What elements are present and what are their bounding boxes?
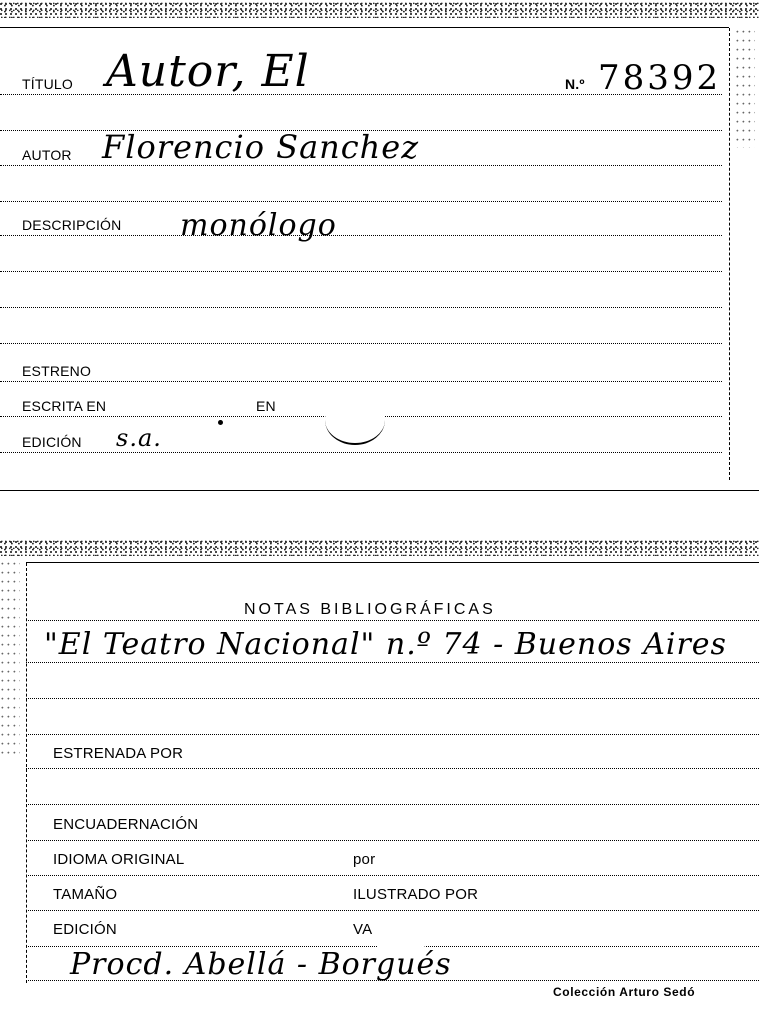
numero-value: 78392 bbox=[598, 58, 721, 98]
rule bbox=[26, 734, 759, 735]
card-right-edge bbox=[729, 28, 731, 480]
edicion-value: s.a. bbox=[116, 424, 162, 452]
rule bbox=[26, 980, 759, 981]
va-label: VA bbox=[353, 921, 372, 938]
scan-noise-top bbox=[0, 540, 759, 556]
notas-value: "El Teatro Nacional" n.º 74 - Buenos Air… bbox=[44, 627, 727, 662]
rule bbox=[26, 910, 759, 911]
redaction-mark bbox=[372, 915, 430, 955]
card-top-edge bbox=[0, 27, 729, 28]
rule bbox=[26, 875, 759, 876]
descripcion-value: monólogo bbox=[180, 208, 337, 243]
ilustrado-por-label: ILUSTRADO POR bbox=[353, 886, 478, 903]
por-label: por bbox=[353, 851, 375, 868]
estreno-label: ESTRENO bbox=[22, 363, 91, 379]
autor-value: Florencio Sanchez bbox=[102, 128, 419, 166]
edicion-label: EDICIÓN bbox=[22, 434, 82, 450]
rule bbox=[26, 620, 759, 621]
card-left-edge bbox=[26, 563, 28, 983]
idioma-original-label: IDIOMA ORIGINAL bbox=[53, 851, 184, 868]
rule bbox=[0, 271, 722, 272]
edicion-label: EDICIÓN bbox=[53, 921, 117, 938]
rule bbox=[0, 381, 722, 382]
scan-noise-left bbox=[0, 560, 20, 760]
scan-noise-top bbox=[0, 2, 759, 18]
rule bbox=[0, 307, 722, 308]
rule bbox=[0, 235, 722, 236]
ink-dot bbox=[218, 420, 223, 425]
rule bbox=[0, 201, 722, 202]
rule bbox=[0, 343, 722, 344]
collection-credit: Colección Arturo Sedó bbox=[553, 985, 695, 999]
titulo-label: TÍTULO bbox=[22, 76, 73, 92]
rule bbox=[26, 768, 759, 769]
rule bbox=[26, 804, 759, 805]
autor-label: AUTOR bbox=[22, 147, 72, 163]
rule bbox=[26, 840, 759, 841]
numero-label: N.º bbox=[565, 76, 585, 92]
tamano-label: TAMAÑO bbox=[53, 886, 117, 903]
card-top-edge bbox=[26, 562, 759, 563]
rule bbox=[26, 698, 759, 699]
rule bbox=[0, 452, 722, 453]
estrenada-por-label: ESTRENADA POR bbox=[53, 745, 183, 762]
rule bbox=[0, 165, 722, 166]
rule bbox=[26, 662, 759, 663]
rule bbox=[0, 94, 722, 95]
en-label: EN bbox=[256, 398, 276, 414]
titulo-value: Autor, El bbox=[106, 46, 310, 97]
scan-noise-right bbox=[735, 28, 755, 148]
notas-heading: NOTAS BIBLIOGRÁFICAS bbox=[244, 601, 496, 619]
card-bottom-edge bbox=[0, 490, 759, 491]
encuadernacion-label: ENCUADERNACIÓN bbox=[53, 816, 198, 833]
redaction-mark bbox=[325, 395, 385, 445]
escrita-en-label: ESCRITA EN bbox=[22, 398, 106, 414]
descripcion-label: DESCRIPCIÓN bbox=[22, 217, 121, 233]
